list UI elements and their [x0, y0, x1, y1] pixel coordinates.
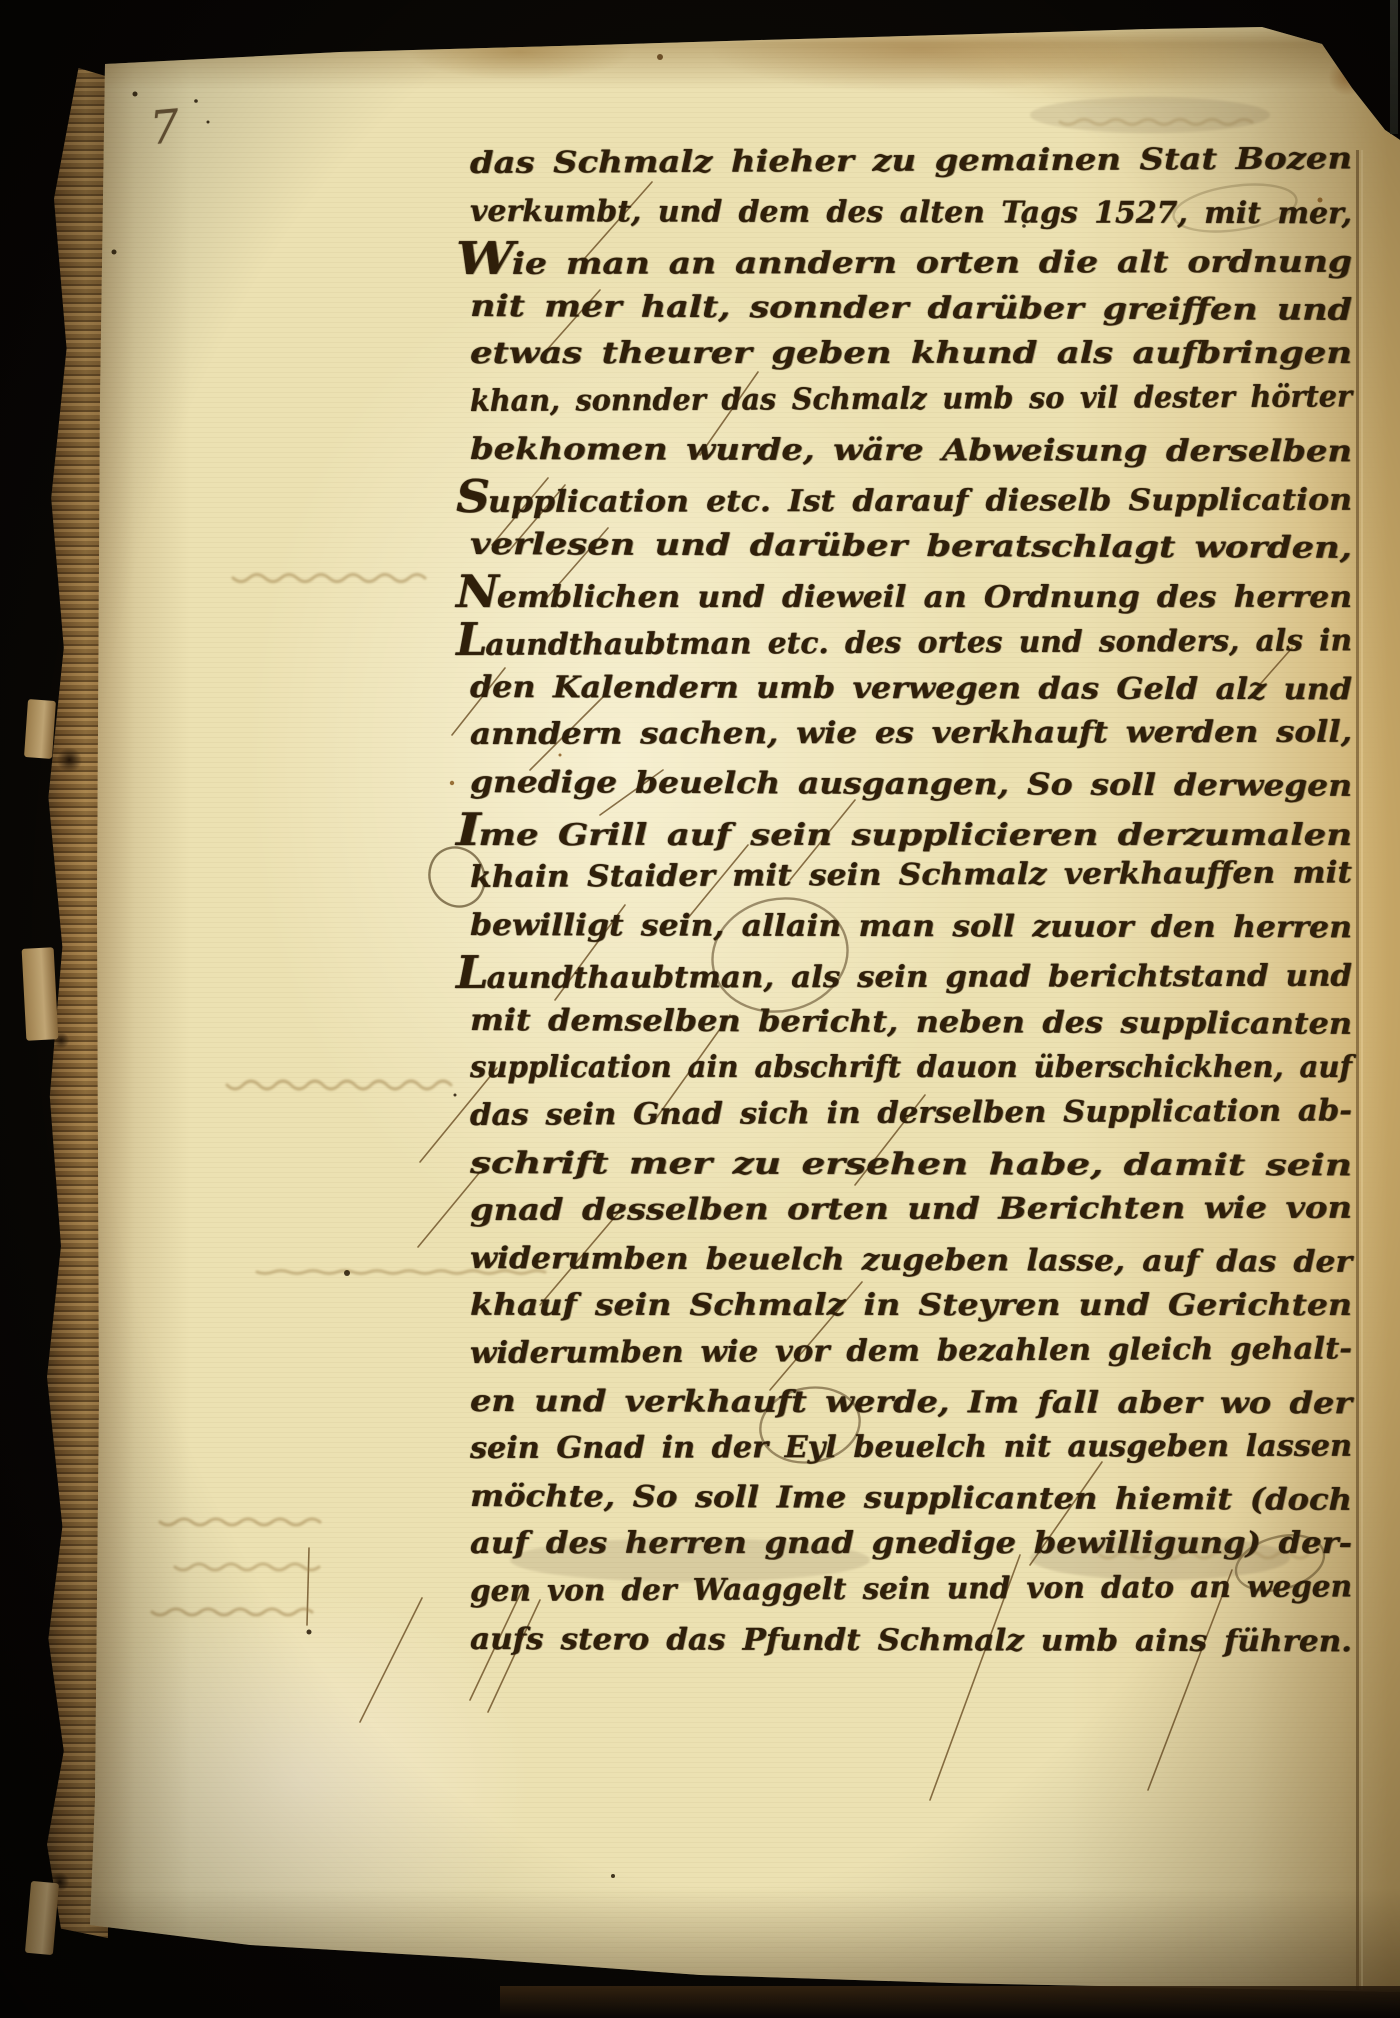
manuscript-line: mit demselben bericht, neben des supplic…	[470, 997, 1352, 1049]
manuscript-line: khauf sein Schmalz in Steyren und Gerich…	[470, 1282, 1352, 1330]
manuscript-line: das Schmalz hieher zu gemainen Stat Boze…	[470, 135, 1352, 188]
manuscript-line: Wie man an anndern orten die alt ordnung	[456, 233, 1352, 283]
manuscript-line: gnedige beuelch ausgangen, So soll derwe…	[470, 759, 1352, 811]
manuscript-line: schrift mer zu ersehen habe, damit sein	[470, 1140, 1352, 1190]
manuscript-line: sein Gnad in der Eyl beuelch nit ausgebe…	[470, 1423, 1352, 1473]
manuscript-line: nit mer halt, sonnder darüber greiffen u…	[470, 283, 1352, 335]
manuscript-line: den Kalendern umb verwegen das Geld alz …	[470, 664, 1352, 714]
manuscript-line: auf des herren gnad gnedige bewilligung)…	[470, 1520, 1352, 1568]
manuscript-line: widerumben beuelch zugeben lasse, auf da…	[470, 1235, 1352, 1287]
manuscript-line: gnad desselben orten und Berichten wie v…	[470, 1185, 1352, 1235]
manuscript-line: anndern sachen, wie es verkhauft werden …	[470, 709, 1352, 759]
manuscript-line: verkumbt, und dem des alten Tags 1527, m…	[470, 188, 1352, 238]
manuscript-line: verlesen und darüber beratschlagt worden…	[470, 521, 1352, 573]
manuscript-line: Laundthaubtman, als sein gnad berichtsta…	[456, 947, 1352, 997]
manuscript-line: Nemblichen und dieweil an Ordnung des he…	[456, 568, 1352, 616]
manuscript-line: Supplication etc. Ist darauf dieselb Sup…	[456, 471, 1352, 521]
manuscript-line: das sein Gnad sich in derselben Supplica…	[470, 1087, 1352, 1140]
manuscript-line: etwas theurer geben khund als aufbringen	[470, 330, 1352, 378]
manuscript-line: bewilligt sein, allain man soll zuuor de…	[470, 902, 1352, 952]
manuscript-text-block: das Schmalz hieher zu gemainen Stat Boze…	[0, 0, 1400, 2018]
manuscript-photo: 7 das Schmalz hieher zu gemainen Stat Bo…	[0, 0, 1400, 2018]
manuscript-line: möchte, So soll Ime supplicanten hiemit …	[470, 1473, 1352, 1525]
manuscript-line: supplication ain abschrift dauon übersch…	[470, 1044, 1352, 1092]
manuscript-line: bekhomen wurde, wäre Abweisung derselben	[470, 426, 1352, 476]
manuscript-line: khan, sonnder das Schmalz umb so vil des…	[470, 373, 1352, 426]
manuscript-line: widerumben wie vor dem bezahlen gleich g…	[470, 1325, 1352, 1378]
manuscript-line: aufs stero das Pfundt Schmalz umb ains f…	[470, 1616, 1352, 1666]
manuscript-line: en und verkhauft werde, Im fall aber wo …	[470, 1378, 1352, 1428]
manuscript-line: Laundthaubtman etc. des ortes und sonder…	[456, 611, 1352, 664]
manuscript-line: khain Staider mit sein Schmalz verkhauff…	[470, 849, 1352, 902]
manuscript-line: Ime Grill auf sein supplicieren derzumal…	[456, 806, 1352, 854]
manuscript-line: gen von der Waaggelt sein und von dato a…	[470, 1563, 1352, 1616]
